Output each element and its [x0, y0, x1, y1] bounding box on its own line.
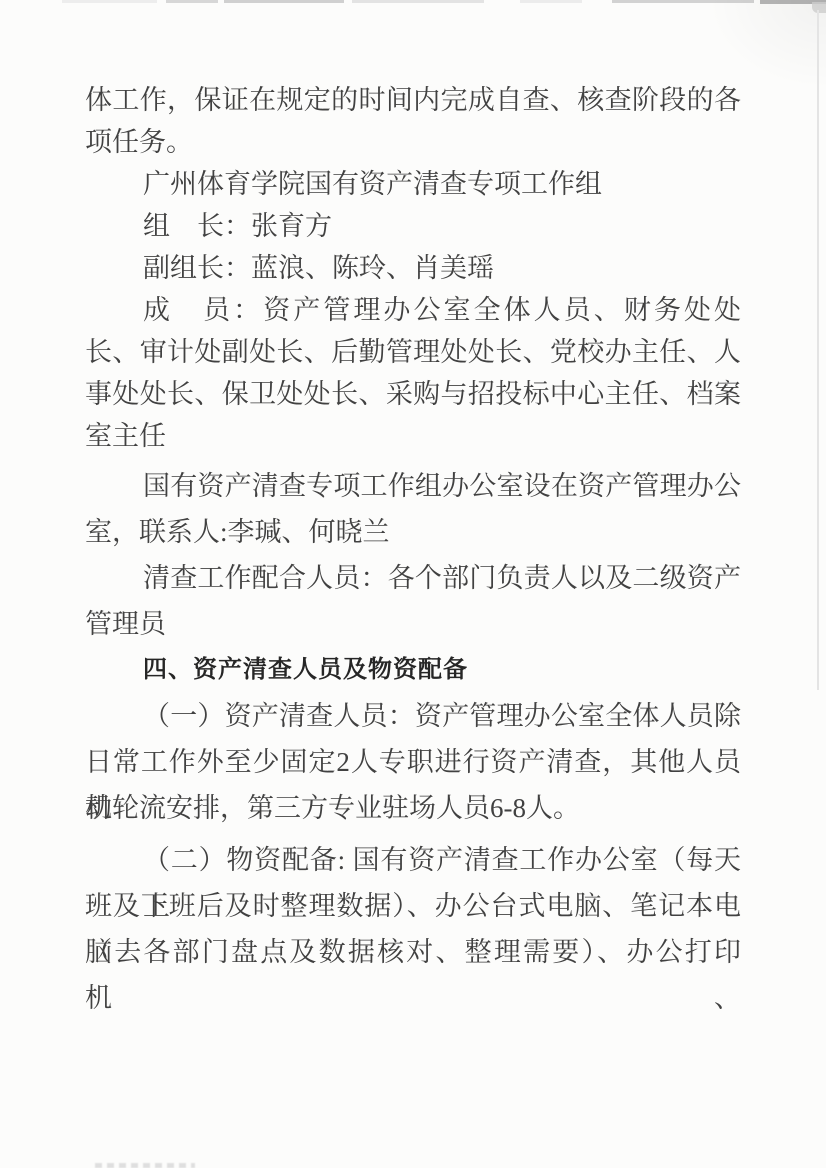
scan-artifact-top-dash — [520, 0, 582, 3]
scan-artifact-bottom-smudge — [95, 1163, 195, 1168]
members-line-4: 室主任 — [85, 415, 741, 457]
scan-artifact-top-dash — [224, 0, 344, 3]
personnel-line-3: 动轮流安排，第三方专业驻场人员6-8人。 — [85, 785, 741, 831]
personnel-line-2: 日常工作外至少固定2人专职进行资产清查，其他人员机 — [85, 739, 741, 785]
paragraph-end-line: 项任务。 — [85, 121, 741, 163]
paragraph-continuation-line: 体工作，保证在规定的时间内完成自查、核查阶段的各 — [85, 79, 741, 121]
scan-artifact-top-dash — [166, 0, 218, 3]
contacts-line: 室，联系人:李瑊、何晓兰 — [85, 509, 741, 555]
scan-artifact-right-edge-line — [817, 10, 819, 690]
scan-artifact-top-dash — [62, 0, 157, 3]
group-leader-line: 组 长：张育方 — [85, 205, 741, 247]
document-body: 体工作，保证在规定的时间内完成自查、核查阶段的各 项任务。 广州体育学院国有资产… — [85, 79, 741, 975]
scan-artifact-corner-shade — [706, 0, 826, 90]
section-four-heading: 四、资产清查人员及物资配备 — [85, 647, 741, 693]
supplies-line-2: 班及下班后及时整理数据）、办公台式电脑、笔记本电脑 — [85, 883, 741, 929]
cooperation-staff-line-1: 清查工作配合人员：各个部门负责人以及二级资产 — [85, 555, 741, 601]
cooperation-staff-line-2: 管理员 — [85, 601, 741, 647]
office-location-line: 国有资产清查专项工作组办公室设在资产管理办公 — [85, 463, 741, 509]
personnel-line-1: （一）资产清查人员：资产管理办公室全体人员除 — [85, 693, 741, 739]
workgroup-name-line: 广州体育学院国有资产清查专项工作组 — [85, 163, 741, 205]
deputy-group-leaders-line: 副组长：蓝浪、陈玲、肖美瑶 — [85, 247, 741, 289]
members-line-3: 事处处长、保卫处处长、采购与招投标中心主任、档案 — [85, 373, 741, 415]
members-line-1: 成 员：资产管理办公室全体人员、财务处处 — [85, 289, 741, 331]
members-line-2: 长、审计处副处长、后勤管理处处长、党校办主任、人 — [85, 331, 741, 373]
scan-artifact-top-dash — [352, 0, 484, 3]
supplies-line-3: （去各部门盘点及数据核对、整理需要）、办公打印机、 — [85, 929, 741, 975]
document-page: 体工作，保证在规定的时间内完成自查、核查阶段的各 项任务。 广州体育学院国有资产… — [0, 0, 826, 1168]
supplies-line-1: （二）物资配备: 国有资产清查工作办公室（每天上 — [85, 837, 741, 883]
